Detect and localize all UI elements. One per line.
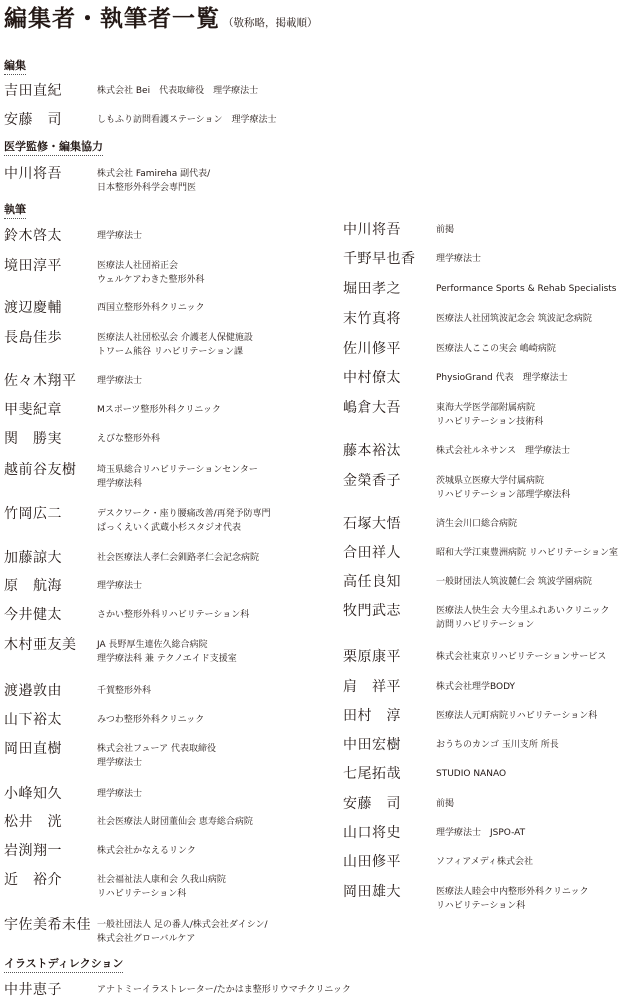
contributor-name: 肩 祥平 — [343, 679, 401, 696]
list-item: 金榮香子茨城県立医療大学付属病院リハビリテーション部理学療法科 — [343, 473, 401, 490]
list-item: 岡田雄大医療法人睦会中内整形外科クリニックリハビリテーション科 — [343, 884, 401, 901]
list-item: 安藤 司しもふり訪問看護ステーション 理学療法士 — [4, 112, 62, 129]
list-item: 木村亜友美JA 長野厚生連佐久総合病院理学療法科 兼 テクノエイド支援室 — [4, 637, 77, 654]
section-heading-illustration: イラストディレクション — [4, 957, 123, 973]
list-item: 佐川修平医療法人ここの実会 嶋崎病院 — [343, 341, 401, 358]
contributor-affiliation: さかい整形外科リハビリテーション科 — [97, 608, 249, 622]
list-item: 甲斐紀章Mスポーツ整形外科クリニック — [4, 402, 62, 419]
affiliation-line: 西国立整形外科クリニック — [97, 301, 204, 315]
contributor-name: 松井 洸 — [4, 814, 62, 831]
affiliation-line: トワーム熊谷 リハビリテーション課 — [97, 345, 253, 359]
contributor-affiliation: 東海大学医学部附属病院リハビリテーション技術科 — [436, 401, 543, 429]
affiliation-line: おうちのカンゴ 玉川支所 所長 — [436, 738, 559, 752]
affiliation-line: Performance Sports & Rehab Specialists — [436, 282, 617, 296]
contributor-name: 原 航海 — [4, 578, 62, 595]
affiliation-line: 医療法人元町病院リハビリテーション科 — [436, 709, 597, 723]
affiliation-line: 日本整形外科学会専門医 — [97, 181, 210, 195]
contributor-affiliation: おうちのカンゴ 玉川支所 所長 — [436, 738, 559, 752]
contributor-name: 中川将吾 — [343, 222, 401, 239]
affiliation-line: 理学療法士 — [436, 252, 481, 266]
contributor-affiliation: 理学療法士 — [436, 252, 481, 266]
affiliation-line: ぱっくえいく武蔵小杉スタジオ代表 — [97, 521, 271, 535]
affiliation-line: リハビリテーション技術科 — [436, 415, 543, 429]
affiliation-line: みつわ整形外科クリニック — [97, 713, 204, 727]
contributor-affiliation: えびな整形外科 — [97, 432, 160, 446]
affiliation-line: 理学療法士 — [97, 374, 142, 388]
contributor-affiliation: 済生会川口総合病院 — [436, 517, 517, 531]
contributor-affiliation: 株式会社 Bei 代表取締役 理学療法士 — [97, 84, 258, 98]
affiliation-line: さかい整形外科リハビリテーション科 — [97, 608, 249, 622]
list-item: 吉田直紀株式会社 Bei 代表取締役 理学療法士 — [4, 83, 62, 100]
list-item: 中村僚太PhysioGrand 代表 理学療法士 — [343, 370, 401, 387]
contributor-name: 安藤 司 — [343, 796, 401, 813]
affiliation-line: しもふり訪問看護ステーション 理学療法士 — [97, 113, 276, 127]
contributor-affiliation: 理学療法士 — [97, 787, 142, 801]
contributor-name: 藤本裕汰 — [343, 443, 401, 460]
affiliation-line: 訪問リハビリテーション — [436, 618, 609, 632]
contributor-affiliation: Mスポーツ整形外科クリニック — [97, 403, 221, 417]
list-item: 安藤 司前掲 — [343, 796, 401, 813]
affiliation-line: アナトミーイラストレーター/たかはま整形リウマチクリニック — [97, 983, 351, 997]
contributor-name: 末竹真将 — [343, 311, 401, 328]
contributor-affiliation: 前掲 — [436, 223, 454, 237]
contributor-affiliation: 理学療法士 — [97, 579, 142, 593]
contributor-name: 渡邉敦由 — [4, 683, 62, 700]
contributor-name: 関 勝実 — [4, 431, 62, 448]
contributor-name: 高任良知 — [343, 574, 401, 591]
affiliation-line: 医療法人ここの実会 嶋崎病院 — [436, 342, 556, 356]
contributor-name: 石塚大悟 — [343, 516, 401, 533]
contributor-affiliation: 医療法人元町病院リハビリテーション科 — [436, 709, 597, 723]
contributor-affiliation: 株式会社ルネサンス 理学療法士 — [436, 444, 570, 458]
contributor-affiliation: 医療法人社団筑波記念会 筑波記念病院 — [436, 312, 592, 326]
contributor-name: 木村亜友美 — [4, 637, 77, 654]
affiliation-line: リハビリテーション部理学療法科 — [436, 488, 570, 502]
contributor-name: 小峰知久 — [4, 786, 62, 803]
contributor-affiliation: 西国立整形外科クリニック — [97, 301, 204, 315]
affiliation-line: えびな整形外科 — [97, 432, 160, 446]
list-item: 原 航海理学療法士 — [4, 578, 62, 595]
list-item: 岩渕翔一株式会社かなえるリンク — [4, 843, 62, 860]
list-item: 石塚大悟済生会川口総合病院 — [343, 516, 401, 533]
list-item: 宇佐美希未佳一般社団法人 足の番人/株式会社ダイシン/株式会社グローバルケア — [4, 917, 91, 934]
list-item: 肩 祥平株式会社理学BODY — [343, 679, 401, 696]
contributor-name: 佐川修平 — [343, 341, 401, 358]
affiliation-line: 社会福祉法人康和会 久我山病院 — [97, 873, 226, 887]
contributor-name: 竹岡広二 — [4, 506, 62, 523]
list-item: 長島佳歩医療法人社団松弘会 介護老人保健施設トワーム熊谷 リハビリテーション課 — [4, 330, 62, 347]
affiliation-line: 済生会川口総合病院 — [436, 517, 517, 531]
contributor-affiliation: 医療法人快生会 大今里ふれあいクリニック訪問リハビリテーション — [436, 604, 609, 632]
affiliation-line: 千賀整形外科 — [97, 684, 151, 698]
contributor-name: 金榮香子 — [343, 473, 401, 490]
contributor-name: 七尾拓哉 — [343, 766, 401, 783]
affiliation-line: 埼玉県総合リハビリテーションセンター — [97, 463, 258, 477]
affiliation-line: 医療法人社団裕正会 — [97, 259, 204, 273]
list-item: 七尾拓哉STUDIO NANAO — [343, 766, 401, 783]
affiliation-line: リハビリテーション科 — [436, 899, 588, 913]
affiliation-line: 株式会社グローバルケア — [97, 932, 268, 946]
list-item: 越前谷友樹埼玉県総合リハビリテーションセンター理学療法科 — [4, 462, 77, 479]
affiliation-line: デスクワーク・座り腰痛改善/再発予防専門 — [97, 507, 271, 521]
affiliation-line: 株式会社 Famireha 副代表/ — [97, 167, 210, 181]
contributor-name: 田村 淳 — [343, 708, 401, 725]
contributor-affiliation: 一般財団法人筑波麓仁会 筑波学園病院 — [436, 575, 592, 589]
affiliation-line: PhysioGrand 代表 理学療法士 — [436, 371, 568, 385]
list-item: 中川将吾前掲 — [343, 222, 401, 239]
contributor-name: 長島佳歩 — [4, 330, 62, 347]
list-item: 中田宏樹おうちのカンゴ 玉川支所 所長 — [343, 737, 401, 754]
affiliation-line: 東海大学医学部附属病院 — [436, 401, 543, 415]
contributor-name: 嶋倉大吾 — [343, 400, 401, 417]
contributor-name: 山下裕太 — [4, 712, 62, 729]
affiliation-line: 医療法人快生会 大今里ふれあいクリニック — [436, 604, 609, 618]
affiliation-line: 理学療法士 — [97, 579, 142, 593]
affiliation-line: 医療法人睦会中内整形外科クリニック — [436, 885, 588, 899]
contributor-name: 今井健太 — [4, 607, 62, 624]
contributor-affiliation: 理学療法士 JSPO-AT — [436, 826, 525, 840]
affiliation-line: 一般財団法人筑波麓仁会 筑波学園病院 — [436, 575, 592, 589]
contributor-affiliation: Performance Sports & Rehab Specialists — [436, 282, 617, 296]
contributor-affiliation: 医療法人睦会中内整形外科クリニックリハビリテーション科 — [436, 885, 588, 913]
contributor-name: 安藤 司 — [4, 112, 62, 129]
list-item: 渡辺慶輔西国立整形外科クリニック — [4, 300, 62, 317]
list-item: 今井健太さかい整形外科リハビリテーション科 — [4, 607, 62, 624]
contributor-name: 牧門武志 — [343, 603, 401, 620]
list-item: 山下裕太みつわ整形外科クリニック — [4, 712, 62, 729]
contributor-affiliation: 茨城県立医療大学付属病院リハビリテーション部理学療法科 — [436, 474, 570, 502]
affiliation-line: ソフィアメディ株式会社 — [436, 855, 533, 869]
list-item: 末竹真将医療法人社団筑波記念会 筑波記念病院 — [343, 311, 401, 328]
list-item: 合田祥人昭和大学江東豊洲病院 リハビリテーション室 — [343, 545, 401, 562]
contributor-name: 岡田雄大 — [343, 884, 401, 901]
affiliation-line: 株式会社ルネサンス 理学療法士 — [436, 444, 570, 458]
section-heading-supervision: 医学監修・編集協力 — [4, 140, 103, 156]
affiliation-line: 前掲 — [436, 797, 454, 811]
contributor-name: 加藤諒大 — [4, 550, 62, 567]
contributor-affiliation: 千賀整形外科 — [97, 684, 151, 698]
list-item: 千野早也香理学療法士 — [343, 251, 416, 268]
list-item: 関 勝実えびな整形外科 — [4, 431, 62, 448]
list-item: 中川将吾株式会社 Famireha 副代表/日本整形外科学会専門医 — [4, 166, 62, 183]
list-item: 近 裕介社会福祉法人康和会 久我山病院リハビリテーション科 — [4, 872, 62, 889]
section-heading-authors: 執筆 — [4, 203, 26, 219]
list-item: 岡田直樹株式会社フューア 代表取締役理学療法士 — [4, 741, 62, 758]
contributor-affiliation: 株式会社フューア 代表取締役理学療法士 — [97, 742, 216, 770]
contributor-name: 山口将史 — [343, 825, 401, 842]
list-item: 小峰知久理学療法士 — [4, 786, 62, 803]
contributor-name: 千野早也香 — [343, 251, 416, 268]
affiliation-line: Mスポーツ整形外科クリニック — [97, 403, 221, 417]
affiliation-line: リハビリテーション科 — [97, 887, 226, 901]
contributor-affiliation: 株式会社東京リハビリテーションサービス — [436, 650, 606, 664]
affiliation-line: 社会医療法人財団董仙会 恵寿総合病院 — [97, 815, 253, 829]
contributor-affiliation: ソフィアメディ株式会社 — [436, 855, 533, 869]
contributor-name: 堀田孝之 — [343, 281, 401, 298]
list-item: 堀田孝之Performance Sports & Rehab Specialis… — [343, 281, 401, 298]
list-item: 境田淳平医療法人社団裕正会ウェルケアわきた整形外科 — [4, 258, 62, 275]
affiliation-line: 昭和大学江東豊洲病院 リハビリテーション室 — [436, 546, 618, 560]
contributor-name: 越前谷友樹 — [4, 462, 77, 479]
contributor-affiliation: しもふり訪問看護ステーション 理学療法士 — [97, 113, 276, 127]
contributor-name: 境田淳平 — [4, 258, 62, 275]
contributor-affiliation: 医療法人社団松弘会 介護老人保健施設トワーム熊谷 リハビリテーション課 — [97, 331, 253, 359]
contributor-affiliation: 社会医療法人孝仁会釧路孝仁会記念病院 — [97, 551, 259, 565]
contributor-affiliation: 医療法人ここの実会 嶋崎病院 — [436, 342, 556, 356]
contributor-name: 中川将吾 — [4, 166, 62, 183]
page-header: 編集者・執筆者一覧 （敬称略，掲載順） — [4, 0, 318, 30]
contributor-name: 岩渕翔一 — [4, 843, 62, 860]
affiliation-line: 理学療法士 — [97, 229, 142, 243]
contributor-name: 渡辺慶輔 — [4, 300, 62, 317]
list-item: 高任良知一般財団法人筑波麓仁会 筑波学園病院 — [343, 574, 401, 591]
contributor-name: 吉田直紀 — [4, 83, 62, 100]
list-item: 山田修平ソフィアメディ株式会社 — [343, 854, 401, 871]
contributor-name: 中田宏樹 — [343, 737, 401, 754]
list-item: 牧門武志医療法人快生会 大今里ふれあいクリニック訪問リハビリテーション — [343, 603, 401, 620]
list-item: 嶋倉大吾東海大学医学部附属病院リハビリテーション技術科 — [343, 400, 401, 417]
affiliation-line: 理学療法科 兼 テクノエイド支援室 — [97, 652, 237, 666]
affiliation-line: 社会医療法人孝仁会釧路孝仁会記念病院 — [97, 551, 259, 565]
list-item: 鈴木啓太理学療法士 — [4, 228, 62, 245]
list-item: 山口将史理学療法士 JSPO-AT — [343, 825, 401, 842]
contributor-name: 山田修平 — [343, 854, 401, 871]
affiliation-line: 茨城県立医療大学付属病院 — [436, 474, 570, 488]
contributor-name: 合田祥人 — [343, 545, 401, 562]
contributor-name: 佐々木翔平 — [4, 373, 77, 390]
list-item: 加藤諒大社会医療法人孝仁会釧路孝仁会記念病院 — [4, 550, 62, 567]
list-item: 田村 淳医療法人元町病院リハビリテーション科 — [343, 708, 401, 725]
affiliation-line: 株式会社 Bei 代表取締役 理学療法士 — [97, 84, 258, 98]
contributor-name: 甲斐紀章 — [4, 402, 62, 419]
list-item: 栗原康平株式会社東京リハビリテーションサービス — [343, 649, 401, 666]
affiliation-line: 前掲 — [436, 223, 454, 237]
affiliation-line: 株式会社フューア 代表取締役 — [97, 742, 216, 756]
contributor-affiliation: 社会福祉法人康和会 久我山病院リハビリテーション科 — [97, 873, 226, 901]
list-item: 渡邉敦由千賀整形外科 — [4, 683, 62, 700]
contributor-name: 中村僚太 — [343, 370, 401, 387]
contributor-affiliation: 株式会社理学BODY — [436, 680, 515, 694]
contributor-affiliation: みつわ整形外科クリニック — [97, 713, 204, 727]
affiliation-line: 理学療法士 — [97, 787, 142, 801]
contributor-name: 宇佐美希未佳 — [4, 917, 91, 934]
contributor-affiliation: 株式会社 Famireha 副代表/日本整形外科学会専門医 — [97, 167, 210, 195]
affiliation-line: 株式会社東京リハビリテーションサービス — [436, 650, 606, 664]
affiliation-line: 一般社団法人 足の番人/株式会社ダイシン/ — [97, 918, 268, 932]
affiliation-line: 理学療法士 — [97, 756, 216, 770]
contributor-affiliation: STUDIO NANAO — [436, 767, 506, 781]
section-heading-editors: 編集 — [4, 59, 26, 75]
affiliation-line: 株式会社かなえるリンク — [97, 844, 196, 858]
list-item: 佐々木翔平理学療法士 — [4, 373, 77, 390]
contributor-affiliation: 埼玉県総合リハビリテーションセンター理学療法科 — [97, 463, 258, 491]
affiliation-line: ウェルケアわきた整形外科 — [97, 273, 204, 287]
contributor-affiliation: 昭和大学江東豊洲病院 リハビリテーション室 — [436, 546, 618, 560]
contributor-affiliation: アナトミーイラストレーター/たかはま整形リウマチクリニック — [97, 983, 351, 997]
affiliation-line: 理学療法士 JSPO-AT — [436, 826, 525, 840]
affiliation-line: 医療法人社団筑波記念会 筑波記念病院 — [436, 312, 592, 326]
contributor-affiliation: 前掲 — [436, 797, 454, 811]
contributor-affiliation: 理学療法士 — [97, 229, 142, 243]
affiliation-line: 医療法人社団松弘会 介護老人保健施設 — [97, 331, 253, 345]
page-subtitle: （敬称略，掲載順） — [223, 15, 318, 30]
list-item: 藤本裕汰株式会社ルネサンス 理学療法士 — [343, 443, 401, 460]
contributor-affiliation: 医療法人社団裕正会ウェルケアわきた整形外科 — [97, 259, 204, 287]
contributor-affiliation: 株式会社かなえるリンク — [97, 844, 196, 858]
affiliation-line: STUDIO NANAO — [436, 767, 506, 781]
contributor-affiliation: JA 長野厚生連佐久総合病院理学療法科 兼 テクノエイド支援室 — [97, 638, 237, 666]
list-item: 竹岡広二デスクワーク・座り腰痛改善/再発予防専門ぱっくえいく武蔵小杉スタジオ代表 — [4, 506, 62, 523]
contributor-name: 岡田直樹 — [4, 741, 62, 758]
contributor-affiliation: 理学療法士 — [97, 374, 142, 388]
affiliation-line: JA 長野厚生連佐久総合病院 — [97, 638, 237, 652]
list-item: 中井恵子アナトミーイラストレーター/たかはま整形リウマチクリニック — [4, 982, 62, 999]
list-item: 松井 洸社会医療法人財団董仙会 恵寿総合病院 — [4, 814, 62, 831]
contributor-name: 栗原康平 — [343, 649, 401, 666]
contributor-name: 近 裕介 — [4, 872, 62, 889]
contributor-affiliation: 一般社団法人 足の番人/株式会社ダイシン/株式会社グローバルケア — [97, 918, 268, 946]
contributor-name: 中井恵子 — [4, 982, 62, 999]
contributor-name: 鈴木啓太 — [4, 228, 62, 245]
affiliation-line: 理学療法科 — [97, 477, 258, 491]
page-title: 編集者・執筆者一覧 — [4, 0, 220, 33]
contributor-affiliation: デスクワーク・座り腰痛改善/再発予防専門ぱっくえいく武蔵小杉スタジオ代表 — [97, 507, 271, 535]
contributor-affiliation: PhysioGrand 代表 理学療法士 — [436, 371, 568, 385]
contributor-affiliation: 社会医療法人財団董仙会 恵寿総合病院 — [97, 815, 253, 829]
affiliation-line: 株式会社理学BODY — [436, 680, 515, 694]
